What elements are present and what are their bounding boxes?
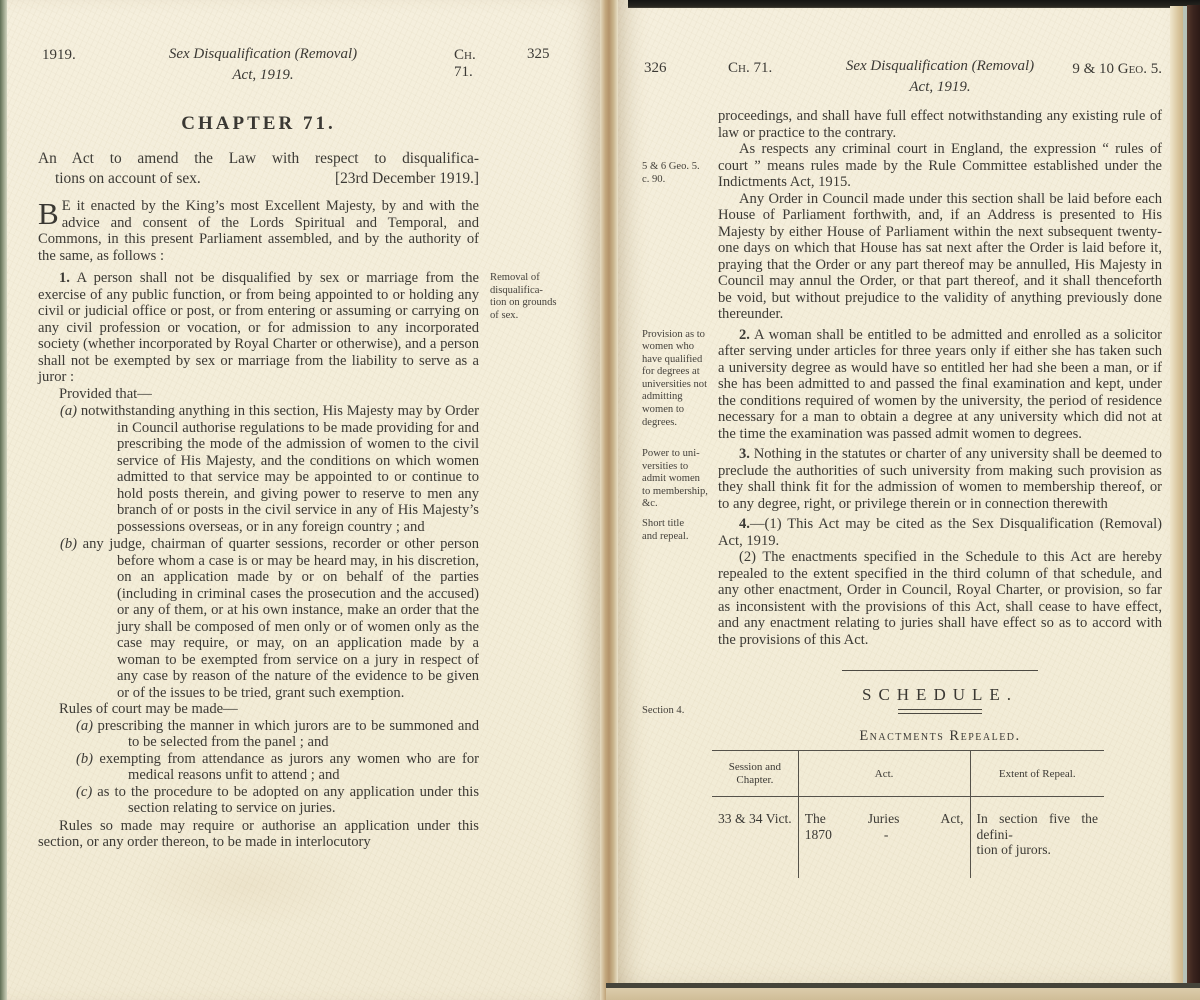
paper-stain (127, 840, 367, 930)
cell-act-dash: - (884, 827, 889, 842)
long-title-line2: tions on account of sex. (55, 169, 201, 189)
order-in-council-paragraph: Any Order in Council made under this sec… (718, 191, 1162, 323)
header-year: 1919. (42, 47, 76, 64)
running-title: Sex Disqualification (Removal) Act, 1919… (98, 44, 428, 86)
court-rule-c: (c) as to the procedure to be adopted on… (38, 784, 479, 817)
table-header-extent: Extent of Repeal. (970, 751, 1104, 797)
book-cover-right-edge (1187, 5, 1200, 1000)
table-row: 33 & 34 Vict. The Juries Act, 1870- In s… (712, 797, 1104, 878)
enacting-text: E it enacted by the King’s most Excellen… (38, 198, 479, 264)
proviso-a-text: notwithstanding anything in this section… (81, 403, 479, 535)
rules-intro-line: Rules of court may be made— (38, 701, 479, 718)
page-block-bottom-edge (606, 988, 1200, 1000)
section-4-number: 4. (739, 516, 750, 532)
court-rule-a-text: prescribing the manner in which jurors a… (98, 718, 479, 751)
page-block-right-edge (1170, 6, 1184, 1000)
table-header-act: Act. (798, 751, 970, 797)
section-2-text: A woman shall be entitled to be admitted… (718, 327, 1162, 442)
section-4-subnumber: —(1) (750, 516, 782, 532)
running-title-line2: Act, 1919. (98, 65, 428, 86)
chapter-heading: CHAPTER 71. (38, 113, 479, 135)
proviso-b-label: (b) (60, 536, 77, 552)
running-header-right: 326 Ch. 71. Sex Disqualification (Remova… (618, 56, 1170, 108)
margin-note-section-1: Removal of disqualifica- tion on grounds… (490, 272, 594, 322)
enacting-dropcap: B (38, 198, 62, 227)
section-1-text: A person shall not be disqualified by se… (38, 270, 479, 385)
cell-extent: In section five the defini- tion of juro… (970, 797, 1104, 878)
schedule-subheading: Enactments Repealed. (718, 728, 1162, 745)
regnal-year: 9 & 10 Geo. 5. (1072, 61, 1162, 78)
court-rule-b: (b) exempting from attendance as jurors … (38, 751, 479, 784)
schedule: Section 4. SCHEDULE. Enactments Repealed… (718, 687, 1162, 878)
section-1: 1. A person shall not be disqualified by… (38, 270, 479, 386)
court-rule-b-text: exempting from attendance as jurors any … (99, 751, 479, 784)
book-cover-left-edge (0, 0, 7, 1000)
section-3-number: 3. (739, 446, 750, 462)
book-spine-gutter (600, 0, 618, 1000)
book-spread: 1919. Sex Disqualification (Removal) Act… (0, 0, 1200, 1000)
section-4-sub2: (2) The enactments specified in the Sche… (718, 549, 1162, 648)
margin-note-section-2: Provision as to women who have qualified… (642, 329, 714, 430)
long-title-line1: An Act to amend the Law with respect to … (38, 149, 479, 169)
rules-of-court-paragraph: As respects any criminal court in Englan… (718, 141, 1162, 191)
act-long-title: An Act to amend the Law with respect to … (38, 149, 479, 188)
header-chapter: Ch. 71. (454, 47, 479, 81)
court-rule-b-label: (b) (76, 751, 93, 767)
rules-of-court-text: As respects any criminal court in Englan… (718, 141, 1162, 191)
court-rule-a-label: (a) (76, 718, 93, 734)
proviso-a: (a) notwithstanding anything in this sec… (38, 403, 479, 535)
section-2: 2. A woman shall be entitled to be admit… (718, 327, 1162, 443)
enacting-formula: BE it enacted by the King’s most Excelle… (38, 198, 479, 264)
proviso-a-label: (a) (60, 403, 77, 419)
royal-assent-date: [23rd December 1919.] (335, 169, 479, 189)
page-right-326: 326 Ch. 71. Sex Disqualification (Remova… (618, 0, 1170, 1000)
proviso-b: (b) any judge, chairman of quarter sessi… (38, 536, 479, 701)
court-rule-a: (a) prescribing the manner in which juro… (38, 718, 479, 751)
schedule-double-rule (898, 709, 982, 714)
schedule-separator-rule (842, 670, 1038, 671)
margin-note-section-4: Short title and repeal. (642, 518, 714, 543)
provided-that-line: Provided that— (38, 386, 479, 403)
margin-note-statute-ref: 5 & 6 Geo. 5. c. 90. (642, 161, 714, 186)
page-block-top-edge (628, 0, 1200, 8)
section-4-text: This Act may be cited as the Sex Disqual… (718, 516, 1162, 549)
margin-note-section-3: Power to uni- versities to admit women t… (642, 448, 714, 511)
margin-note-schedule: Section 4. (642, 705, 714, 718)
court-rule-c-label: (c) (76, 784, 92, 800)
table-header-session: Session and Chapter. (712, 751, 798, 797)
enactments-repealed-table: Session and Chapter. Act. Extent of Repe… (712, 750, 1104, 878)
page-number-left: 325 (527, 46, 550, 63)
running-title-line2: Act, 1919. (718, 77, 1162, 98)
section-3-text: Nothing in the statutes or charter of an… (718, 446, 1162, 512)
running-header-left: 1919. Sex Disqualification (Removal) Act… (38, 44, 479, 88)
section-4: 4.—(1) This Act may be cited as the Sex … (718, 516, 1162, 549)
continuation-paragraph: proceedings, and shall have full effect … (718, 108, 1162, 141)
section-1-number: 1. (59, 270, 70, 286)
page-number-right: 326 (644, 60, 667, 77)
cell-session: 33 & 34 Vict. (712, 797, 798, 878)
closing-paragraph: Rules so made may require or authorise a… (38, 818, 479, 851)
schedule-heading: SCHEDULE. (718, 687, 1162, 704)
proviso-b-text: any judge, chairman of quarter sessions,… (83, 536, 479, 701)
page-left-325: 1919. Sex Disqualification (Removal) Act… (7, 0, 600, 1000)
court-rule-c-text: as to the procedure to be adopted on any… (97, 784, 479, 817)
cell-act: The Juries Act, 1870- (798, 797, 970, 878)
running-title-line1: Sex Disqualification (Removal) (98, 44, 428, 65)
section-3: 3. Nothing in the statutes or charter of… (718, 446, 1162, 512)
section-2-number: 2. (739, 327, 750, 343)
